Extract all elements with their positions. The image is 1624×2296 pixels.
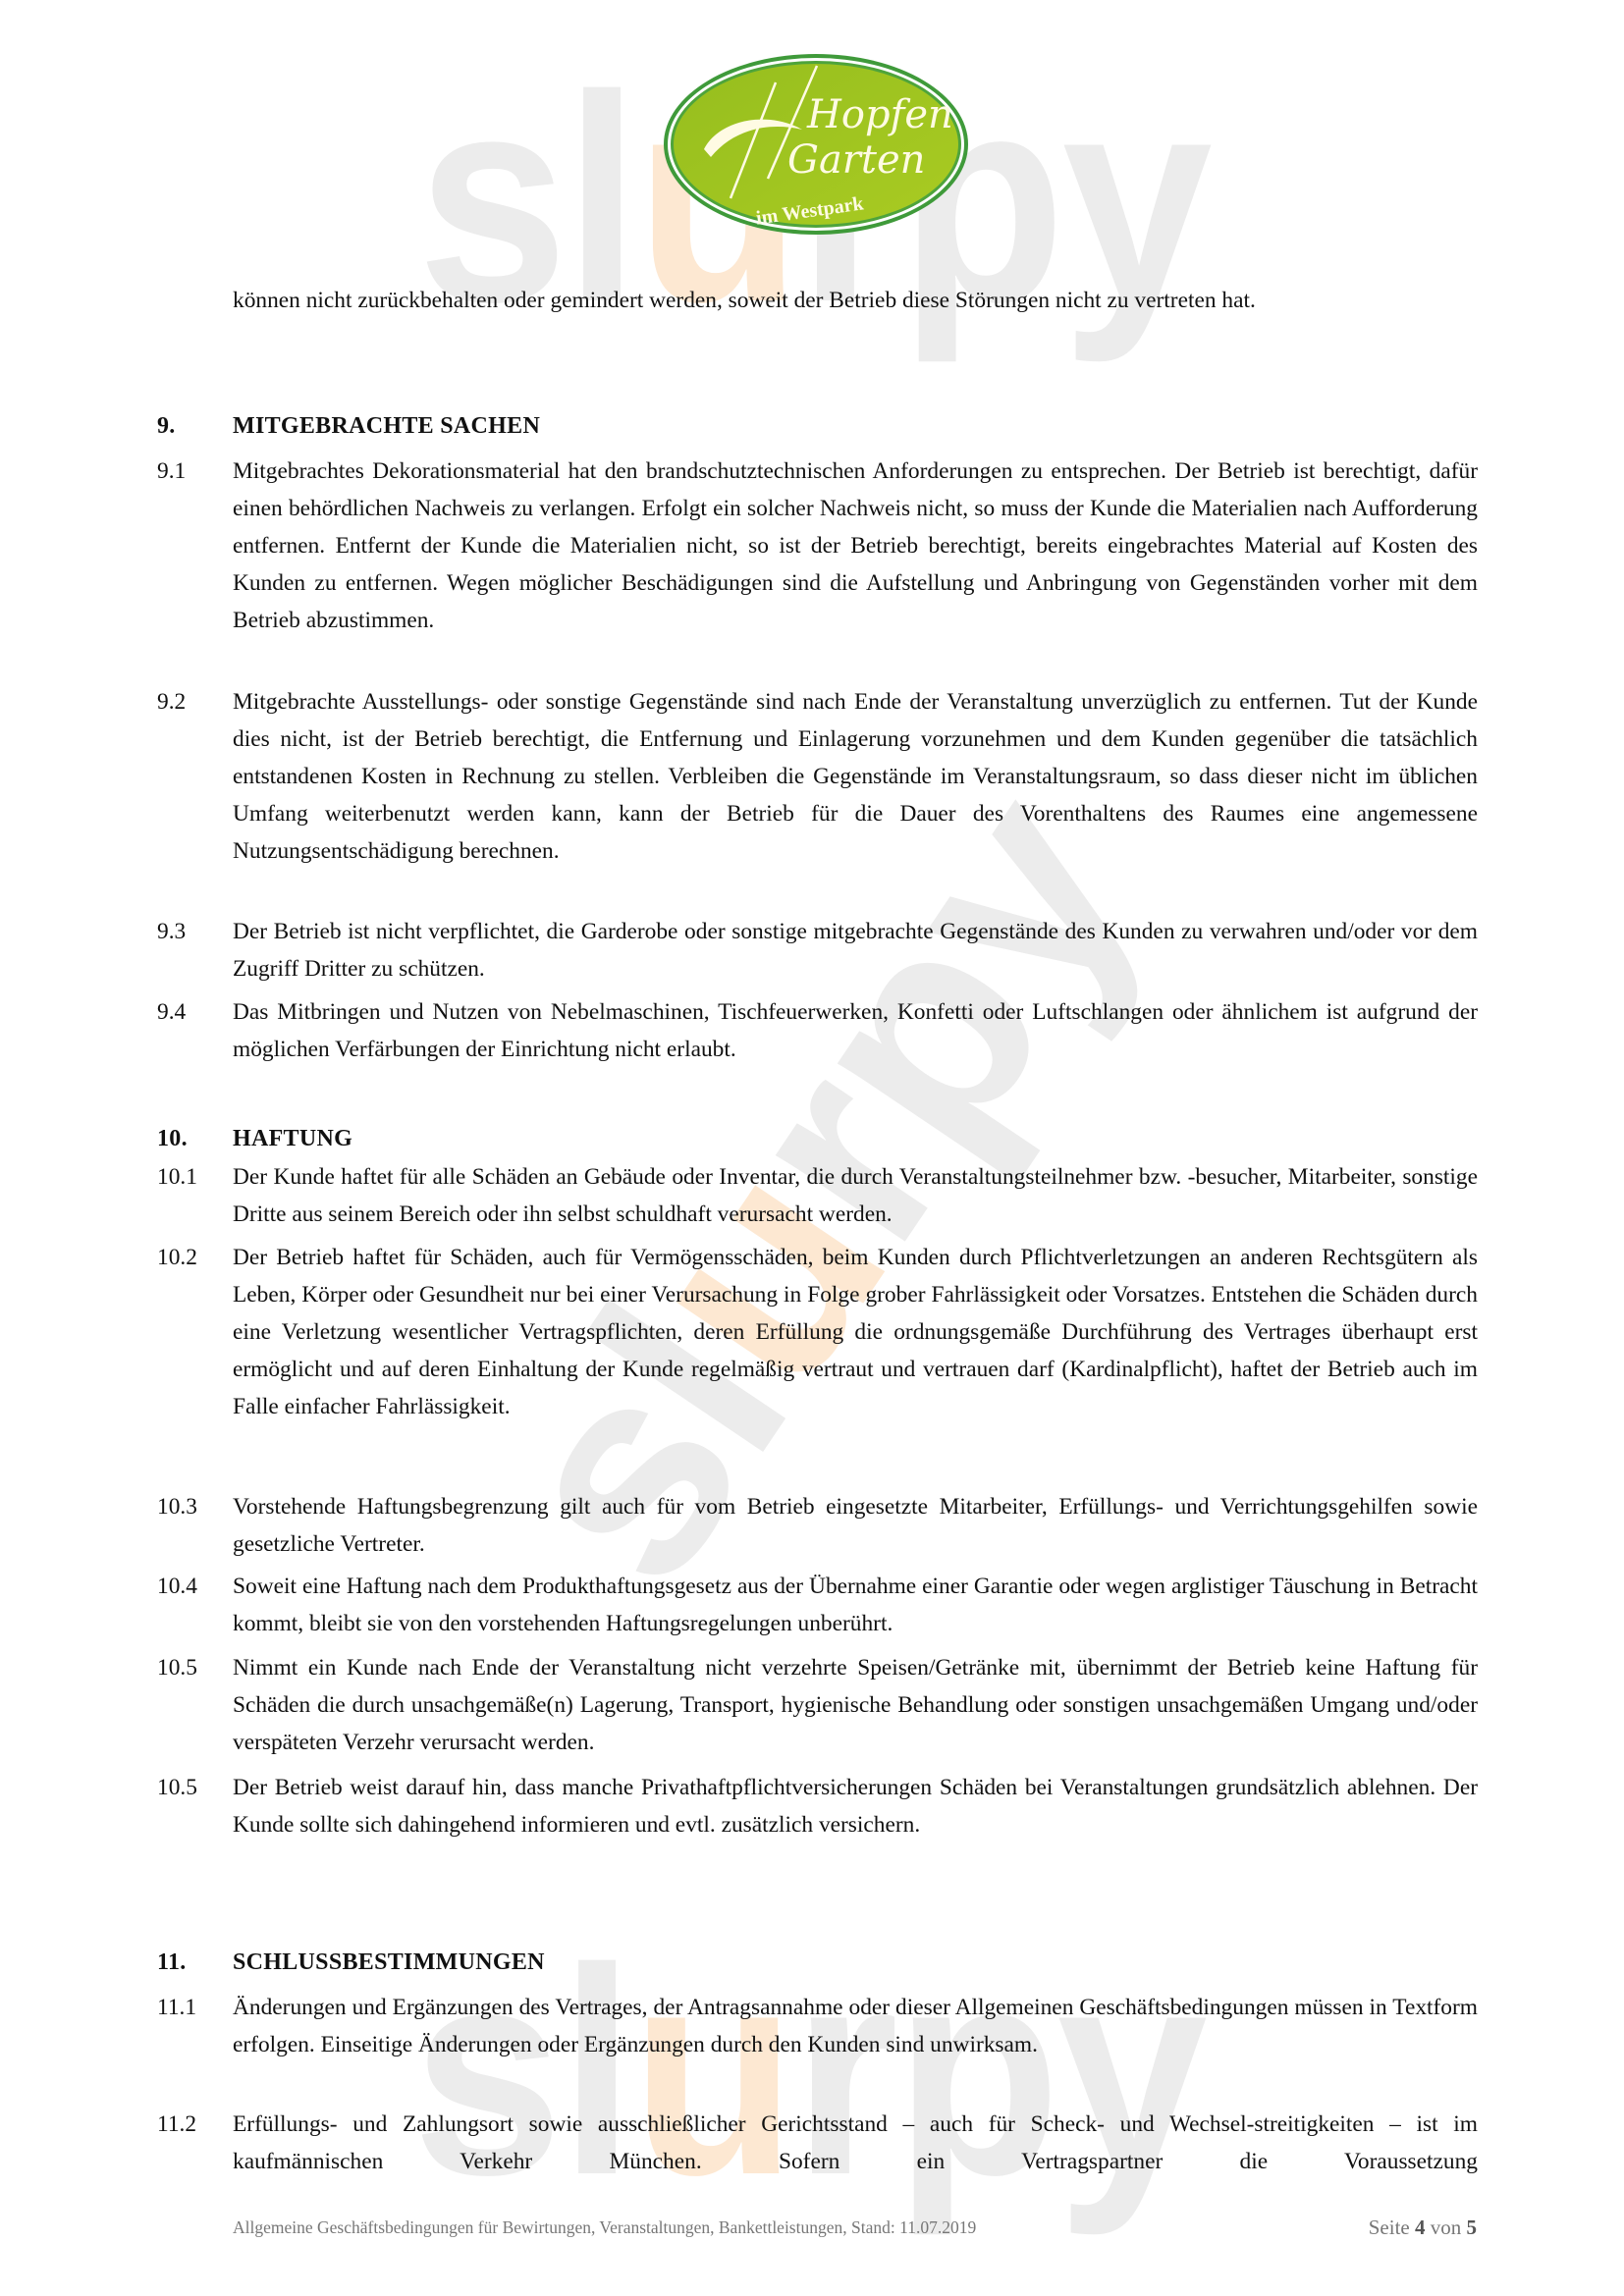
clause-number: 9.4 (157, 993, 186, 1031)
section-11-number: 11. (157, 1944, 187, 1981)
page-label: Seite (1369, 2216, 1410, 2239)
section-10-title: HAFTUNG (233, 1120, 352, 1157)
clause-number: 9.2 (157, 683, 186, 721)
clause-text: Änderungen und Ergänzungen des Vertrages… (233, 1989, 1478, 2063)
page-current: 4 (1415, 2216, 1426, 2239)
clause-number: 10.5 (157, 1649, 197, 1686)
page-total: 5 (1467, 2216, 1478, 2239)
clause-number: 9.3 (157, 913, 186, 950)
section-9-number: 9. (157, 407, 176, 445)
clause-number: 10.3 (157, 1488, 197, 1525)
section-11-title: SCHLUSSBESTIMMUNGEN (233, 1944, 545, 1981)
clause-number: 9.1 (157, 453, 186, 490)
clause-text: Der Betrieb haftet für Schäden, auch für… (233, 1239, 1478, 1425)
continuation-paragraph: können nicht zurückbehalten oder geminde… (233, 282, 1478, 319)
clause-number: 10.1 (157, 1158, 197, 1196)
clause-text: Mitgebrachte Ausstellungs- oder sonstige… (233, 683, 1478, 870)
document-page: können nicht zurückbehalten oder geminde… (0, 0, 1624, 2296)
clause-text: Der Betrieb weist darauf hin, dass manch… (233, 1769, 1478, 1843)
section-9-title: MITGEBRACHTE SACHEN (233, 407, 540, 445)
clause-text: Der Betrieb ist nicht verpflichtet, die … (233, 913, 1478, 988)
clause-number: 11.2 (157, 2106, 196, 2143)
clause-text: Der Kunde haftet für alle Schäden an Geb… (233, 1158, 1478, 1233)
clause-text: Erfüllungs- und Zahlungsort sowie aussch… (233, 2106, 1478, 2180)
clause-number: 10.4 (157, 1568, 197, 1605)
clause-number: 10.2 (157, 1239, 197, 1276)
clause-text: Das Mitbringen und Nutzen von Nebelmasch… (233, 993, 1478, 1068)
clause-number: 11.1 (157, 1989, 196, 2026)
clause-text: Vorstehende Haftungsbegrenzung gilt auch… (233, 1488, 1478, 1563)
section-10-number: 10. (157, 1120, 188, 1157)
clause-text: Mitgebrachtes Dekorationsmaterial hat de… (233, 453, 1478, 639)
page-of-label: von (1431, 2216, 1462, 2239)
clause-number: 10.5 (157, 1769, 197, 1806)
page-indicator: Seite 4 von 5 (1369, 2216, 1477, 2239)
clause-text: Soweit eine Haftung nach dem Produkthaft… (233, 1568, 1478, 1642)
clause-text: Nimmt ein Kunde nach Ende der Veranstalt… (233, 1649, 1478, 1761)
footer-document-title: Allgemeine Geschäftsbedingungen für Bewi… (233, 2216, 976, 2239)
